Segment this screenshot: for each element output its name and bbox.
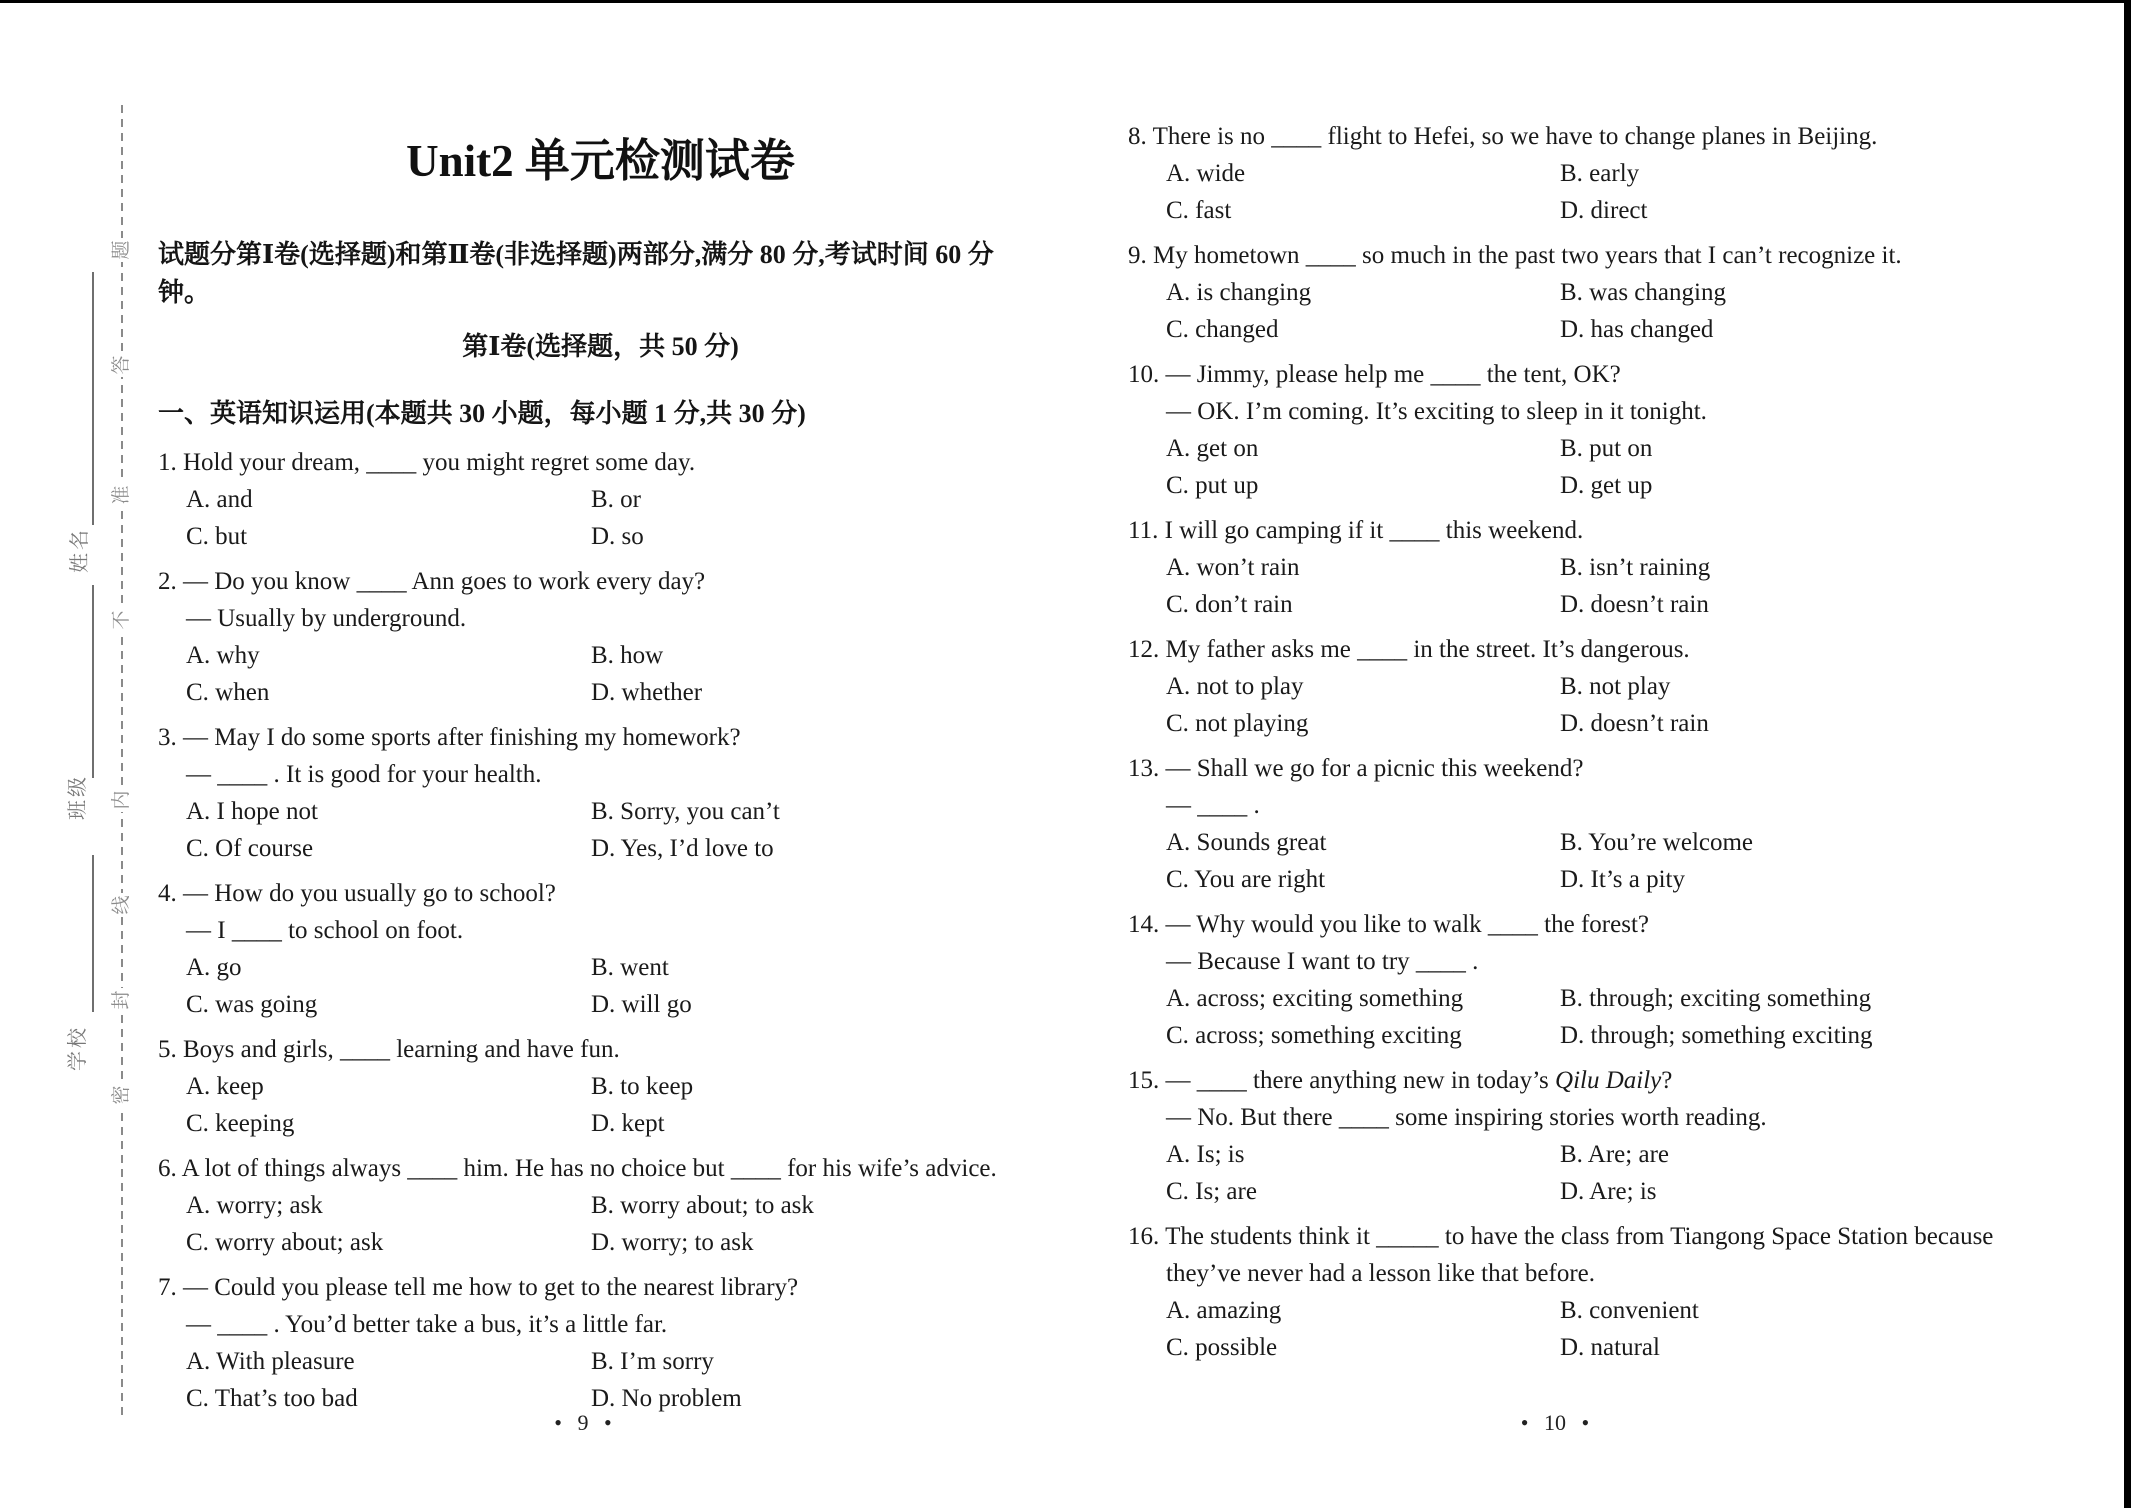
answer-option: A. won’t rain	[1166, 549, 1560, 586]
question-item: 15. — ____ there anything new in today’s…	[1128, 1062, 2095, 1210]
question-text: — Do you know ____ Ann goes to work ever…	[183, 568, 705, 595]
right-border-rule	[2124, 0, 2131, 1508]
question-stem: 6. A lot of things always ____ him. He h…	[186, 1150, 1043, 1187]
answer-option: C. across; something exciting	[1166, 1017, 1560, 1054]
question-number: 11.	[1128, 517, 1158, 544]
answer-option: C. changed	[1166, 311, 1560, 348]
question-item: 6. A lot of things always ____ him. He h…	[158, 1150, 1043, 1261]
question-text: My hometown ____ so much in the past two…	[1153, 242, 1902, 269]
question-options: A. With pleasureB. I’m sorryC. That’s to…	[186, 1343, 1043, 1417]
question-item: 16. The students think it _____ to have …	[1128, 1218, 2095, 1366]
question-number: 12.	[1128, 636, 1159, 663]
question-number: 2.	[158, 568, 177, 595]
answer-option: D. through; something exciting	[1560, 1017, 2095, 1054]
question-text: There is no ____ flight to Hefei, so we …	[1153, 123, 1878, 150]
answer-option: C. fast	[1166, 192, 1560, 229]
question-stem: 8. There is no ____ flight to Hefei, so …	[1166, 118, 2095, 155]
question-options: A. worry; askB. worry about; to askC. wo…	[186, 1187, 1043, 1261]
question-continuation-line: — Usually by underground.	[186, 600, 1043, 637]
seal-dashed-line	[121, 105, 123, 1415]
answer-option: C. put up	[1166, 467, 1560, 504]
question-options: A. keepB. to keepC. keepingD. kept	[186, 1068, 1043, 1142]
seal-line-char: 内	[110, 788, 134, 812]
answer-option: C. but	[186, 518, 591, 555]
answer-option: A. why	[186, 637, 591, 674]
seal-line-char: 题	[110, 238, 134, 262]
question-options: A. amazingB. convenientC. possibleD. nat…	[1166, 1292, 2095, 1366]
exam-paper-sheet: 题 答 准 不 内 线 封 密 姓名 班级 学校 Unit2 单元检测试卷 试题…	[0, 0, 2131, 1508]
answer-option: A. get on	[1166, 430, 1560, 467]
question-options: A. Is; isB. Are; areC. Is; areD. Are; is	[1166, 1136, 2095, 1210]
answer-option: A. keep	[186, 1068, 591, 1105]
question-continuation-line: — OK. I’m coming. It’s exciting to sleep…	[1166, 393, 2095, 430]
question-stem: 16. The students think it _____ to have …	[1166, 1218, 2095, 1255]
answer-option: D. has changed	[1560, 311, 2095, 348]
answer-option: A. amazing	[1166, 1292, 1560, 1329]
question-stem: 13. — Shall we go for a picnic this week…	[1166, 750, 2095, 787]
question-text: — May I do some sports after finishing m…	[183, 724, 741, 751]
school-blank-line	[92, 855, 94, 1012]
answer-option: C. when	[186, 674, 591, 711]
question-item: 4. — How do you usually go to school? — …	[158, 875, 1043, 1023]
question-options: A. not to playB. not playC. not playingD…	[1166, 668, 2095, 742]
question-item: 13. — Shall we go for a picnic this week…	[1128, 750, 2095, 898]
section-heading: 一、英语知识运用(本题共 30 小题，每小题 1 分,共 30 分)	[158, 394, 1043, 434]
question-stem: 7. — Could you please tell me how to get…	[186, 1269, 1043, 1306]
answer-option: A. I hope not	[186, 793, 591, 830]
question-text: I will go camping if it ____ this weeken…	[1165, 517, 1584, 544]
question-item: 5. Boys and girls, ____ learning and hav…	[158, 1031, 1043, 1142]
question-stem: 15. — ____ there anything new in today’s…	[1166, 1062, 2095, 1099]
answer-option: B. Are; are	[1560, 1136, 2095, 1173]
class-field-label: 班级	[66, 769, 90, 825]
paper-title: Unit2 单元检测试卷	[158, 133, 1043, 189]
question-stem: 9. My hometown ____ so much in the past …	[1166, 237, 2095, 274]
question-text: Boys and girls, ____ learning and have f…	[183, 1036, 620, 1063]
answer-option: A. Sounds great	[1166, 824, 1560, 861]
question-stem: 10. — Jimmy, please help me ____ the ten…	[1166, 356, 2095, 393]
question-number: 10.	[1128, 361, 1159, 388]
question-item: 3. — May I do some sports after finishin…	[158, 719, 1043, 867]
answer-option: C. don’t rain	[1166, 586, 1560, 623]
question-text: — Could you please tell me how to get to…	[183, 1274, 798, 1301]
answer-option: D. direct	[1560, 192, 2095, 229]
question-number: 7.	[158, 1274, 177, 1301]
question-stem: 5. Boys and girls, ____ learning and hav…	[186, 1031, 1043, 1068]
answer-option: B. not play	[1560, 668, 2095, 705]
question-text: — How do you usually go to school?	[183, 880, 556, 907]
question-text: — Why would you like to walk ____ the fo…	[1166, 911, 1649, 938]
question-options: A. whyB. howC. whenD. whether	[186, 637, 1043, 711]
answer-option: B. how	[591, 637, 1043, 674]
answer-option: D. whether	[591, 674, 1043, 711]
answer-option: B. put on	[1560, 430, 2095, 467]
question-continuation-line: — ____ .	[1166, 787, 2095, 824]
answer-option: C. possible	[1166, 1329, 1560, 1366]
answer-option: A. across; exciting something	[1166, 980, 1560, 1017]
question-continuation-line: — I ____ to school on foot.	[186, 912, 1043, 949]
question-item: 2. — Do you know ____ Ann goes to work e…	[158, 563, 1043, 711]
answer-option: D. will go	[591, 986, 1043, 1023]
question-item: 9. My hometown ____ so much in the past …	[1128, 237, 2095, 348]
question-number: 1.	[158, 449, 177, 476]
question-list-left: 1. Hold your dream, ____ you might regre…	[158, 444, 1043, 1417]
question-stem: 12. My father asks me ____ in the street…	[1166, 631, 2095, 668]
top-border-rule	[0, 0, 2131, 3]
answer-option: D. get up	[1560, 467, 2095, 504]
answer-option: D. so	[591, 518, 1043, 555]
seal-line-char: 答	[110, 353, 134, 377]
page-number-right: • 10 •	[1470, 1410, 1640, 1436]
answer-option: B. convenient	[1560, 1292, 2095, 1329]
question-number: 16.	[1128, 1223, 1159, 1250]
answer-option: D. Yes, I’d love to	[591, 830, 1043, 867]
answer-option: A. worry; ask	[186, 1187, 591, 1224]
answer-option: C. Is; are	[1166, 1173, 1560, 1210]
answer-option: B. isn’t raining	[1560, 549, 2095, 586]
question-text: My father asks me ____ in the street. It…	[1166, 636, 1690, 663]
answer-option: D. doesn’t rain	[1560, 586, 2095, 623]
answer-option: D. Are; is	[1560, 1173, 2095, 1210]
question-continuation-line: — No. But there ____ some inspiring stor…	[1166, 1099, 2095, 1136]
answer-option: B. went	[591, 949, 1043, 986]
answer-option: D. It’s a pity	[1560, 861, 2095, 898]
question-continuation-line: — ____ . It is good for your health.	[186, 756, 1043, 793]
question-options: A. is changingB. was changingC. changedD…	[1166, 274, 2095, 348]
question-text: — Jimmy, please help me ____ the tent, O…	[1166, 361, 1621, 388]
answer-option: A. go	[186, 949, 591, 986]
answer-option: B. worry about; to ask	[591, 1187, 1043, 1224]
answer-option: C. was going	[186, 986, 591, 1023]
question-item: 11. I will go camping if it ____ this we…	[1128, 512, 2095, 623]
question-options: A. goB. wentC. was goingD. will go	[186, 949, 1043, 1023]
answer-option: D. doesn’t rain	[1560, 705, 2095, 742]
question-text: The students think it _____ to have the …	[1165, 1223, 1993, 1250]
question-continuation-line: they’ve never had a lesson like that bef…	[1166, 1255, 2095, 1292]
question-item: 1. Hold your dream, ____ you might regre…	[158, 444, 1043, 555]
page-right: 8. There is no ____ flight to Hefei, so …	[1128, 88, 2095, 1374]
answer-option: B. Sorry, you can’t	[591, 793, 1043, 830]
question-item: 12. My father asks me ____ in the street…	[1128, 631, 2095, 742]
question-options: A. get onB. put onC. put upD. get up	[1166, 430, 2095, 504]
question-options: A. wideB. earlyC. fastD. direct	[1166, 155, 2095, 229]
seal-line-char: 准	[110, 483, 134, 507]
question-text: — ____ there anything new in today’s Qil…	[1166, 1067, 1673, 1094]
class-blank-line	[92, 585, 94, 778]
question-list-right: 8. There is no ____ flight to Hefei, so …	[1128, 118, 2095, 1366]
answer-option: B. or	[591, 481, 1043, 518]
question-item: 10. — Jimmy, please help me ____ the ten…	[1128, 356, 2095, 504]
question-stem: 1. Hold your dream, ____ you might regre…	[186, 444, 1043, 481]
question-stem: 3. — May I do some sports after finishin…	[186, 719, 1043, 756]
question-stem: 4. — How do you usually go to school?	[186, 875, 1043, 912]
question-options: A. andB. orC. butD. so	[186, 481, 1043, 555]
answer-option: B. to keep	[591, 1068, 1043, 1105]
answer-option: B. was changing	[1560, 274, 2095, 311]
seal-line-char: 密	[110, 1083, 134, 1107]
answer-option: A. Is; is	[1166, 1136, 1560, 1173]
answer-option: D. natural	[1560, 1329, 2095, 1366]
question-options: A. across; exciting somethingB. through;…	[1166, 980, 2095, 1054]
question-stem: 2. — Do you know ____ Ann goes to work e…	[186, 563, 1043, 600]
answer-option: A. and	[186, 481, 591, 518]
part-heading: 第Ⅰ卷(选择题，共 50 分)	[158, 328, 1043, 366]
seal-line-char: 线	[110, 893, 134, 917]
answer-option: A. is changing	[1166, 274, 1560, 311]
answer-option: C. not playing	[1166, 705, 1560, 742]
seal-line-char: 不	[110, 608, 134, 632]
school-field-label: 学校	[66, 1020, 90, 1076]
question-number: 3.	[158, 724, 177, 751]
answer-option: D. kept	[591, 1105, 1043, 1142]
question-text: Hold your dream, ____ you might regret s…	[183, 449, 695, 476]
question-item: 14. — Why would you like to walk ____ th…	[1128, 906, 2095, 1054]
question-options: A. won’t rainB. isn’t rainingC. don’t ra…	[1166, 549, 2095, 623]
question-number: 4.	[158, 880, 177, 907]
question-text: A lot of things always ____ him. He has …	[182, 1155, 997, 1182]
question-text: — Shall we go for a picnic this weekend?	[1166, 755, 1584, 782]
answer-option: A. not to play	[1166, 668, 1560, 705]
question-item: 8. There is no ____ flight to Hefei, so …	[1128, 118, 2095, 229]
page-number-left: • 9 •	[498, 1410, 668, 1436]
name-blank-line	[92, 272, 94, 525]
question-number: 15.	[1128, 1067, 1159, 1094]
question-number: 5.	[158, 1036, 177, 1063]
seal-line-char: 封	[110, 988, 134, 1012]
answer-option: C. keeping	[186, 1105, 591, 1142]
answer-option: B. through; exciting something	[1560, 980, 2095, 1017]
answer-option: B. You’re welcome	[1560, 824, 2095, 861]
answer-option: D. worry; to ask	[591, 1224, 1043, 1261]
answer-option: B. early	[1560, 155, 2095, 192]
paper-instructions: 试题分第Ⅰ卷(选择题)和第Ⅱ卷(非选择题)两部分,满分 80 分,考试时间 60…	[158, 236, 1043, 312]
answer-option: C. Of course	[186, 830, 591, 867]
question-options: A. I hope notB. Sorry, you can’tC. Of co…	[186, 793, 1043, 867]
question-continuation-line: — Because I want to try ____ .	[1166, 943, 2095, 980]
question-item: 7. — Could you please tell me how to get…	[158, 1269, 1043, 1417]
question-options: A. Sounds greatB. You’re welcomeC. You a…	[1166, 824, 2095, 898]
question-continuation-line: — ____ . You’d better take a bus, it’s a…	[186, 1306, 1043, 1343]
answer-option: A. With pleasure	[186, 1343, 591, 1380]
question-number: 14.	[1128, 911, 1159, 938]
question-stem: 11. I will go camping if it ____ this we…	[1166, 512, 2095, 549]
question-number: 9.	[1128, 242, 1147, 269]
question-number: 13.	[1128, 755, 1159, 782]
question-number: 8.	[1128, 123, 1147, 150]
page-left: Unit2 单元检测试卷 试题分第Ⅰ卷(选择题)和第Ⅱ卷(非选择题)两部分,满分…	[158, 115, 1043, 1425]
answer-option: C. You are right	[1166, 861, 1560, 898]
answer-option: B. I’m sorry	[591, 1343, 1043, 1380]
question-stem: 14. — Why would you like to walk ____ th…	[1166, 906, 2095, 943]
name-field-label: 姓名	[68, 522, 92, 578]
answer-option: A. wide	[1166, 155, 1560, 192]
answer-option: C. worry about; ask	[186, 1224, 591, 1261]
question-number: 6.	[158, 1155, 177, 1182]
